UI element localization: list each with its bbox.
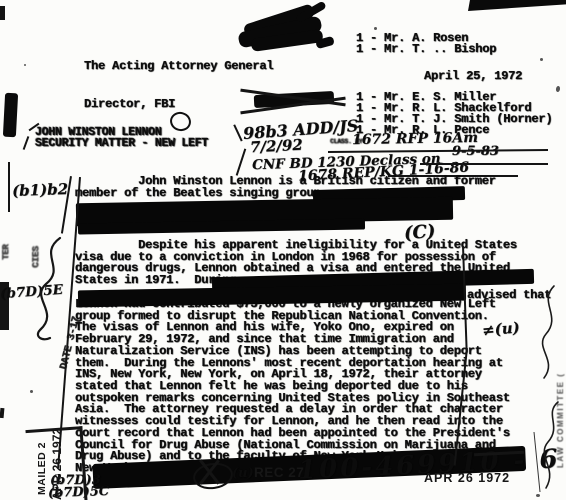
classification-c-mark: (C) <box>403 221 436 244</box>
date-line: April 25, 1972 <box>424 71 522 82</box>
speck <box>556 86 561 93</box>
pen-stroke <box>233 125 242 142</box>
speck <box>540 58 543 61</box>
recipient-line: The Acting Attorney General <box>84 61 273 72</box>
sender-line: Director, FBI <box>84 99 175 110</box>
scanned-fbi-memo-page: 1 - Mr. A. Rosen 1 - Mr. T. .. Bishop Th… <box>0 0 566 500</box>
cursive-scrawl-right-margin <box>528 282 566 497</box>
handwritten-note-2: 7/2/92 <box>250 136 304 157</box>
pen-stroke <box>23 136 30 150</box>
subject-line-2: SECURITY MATTER - NEW LEFT <box>35 139 208 150</box>
mailed-stamp-text: MAILED 2 <box>36 442 48 495</box>
check-u-mark: ≠(u) <box>481 318 520 339</box>
margin-exemption-b1b2: (b1)b2 <box>12 180 69 200</box>
handwritten-circle-mark <box>168 110 193 134</box>
pen-stroke <box>236 148 246 175</box>
speck <box>374 27 377 30</box>
u-mark: (u) <box>232 466 254 481</box>
ink-blot <box>3 93 18 138</box>
ink-mark <box>468 0 566 11</box>
underline <box>420 163 548 165</box>
pen-stroke <box>8 162 10 212</box>
received-date-stamp: APR 26 1972 <box>424 471 510 485</box>
cc-line-bishop: 1 - Mr. T. .. Bishop <box>356 44 496 55</box>
ink-mark <box>0 6 5 20</box>
ink-mark <box>0 408 4 418</box>
speck <box>30 390 33 393</box>
rec-stamp: REC 27 <box>254 465 304 480</box>
speck <box>536 494 540 497</box>
speck <box>24 64 26 66</box>
speck <box>500 246 502 248</box>
cursive-flourish-left <box>26 232 70 344</box>
left-edge-stamp-fragment: TER <box>1 245 11 260</box>
